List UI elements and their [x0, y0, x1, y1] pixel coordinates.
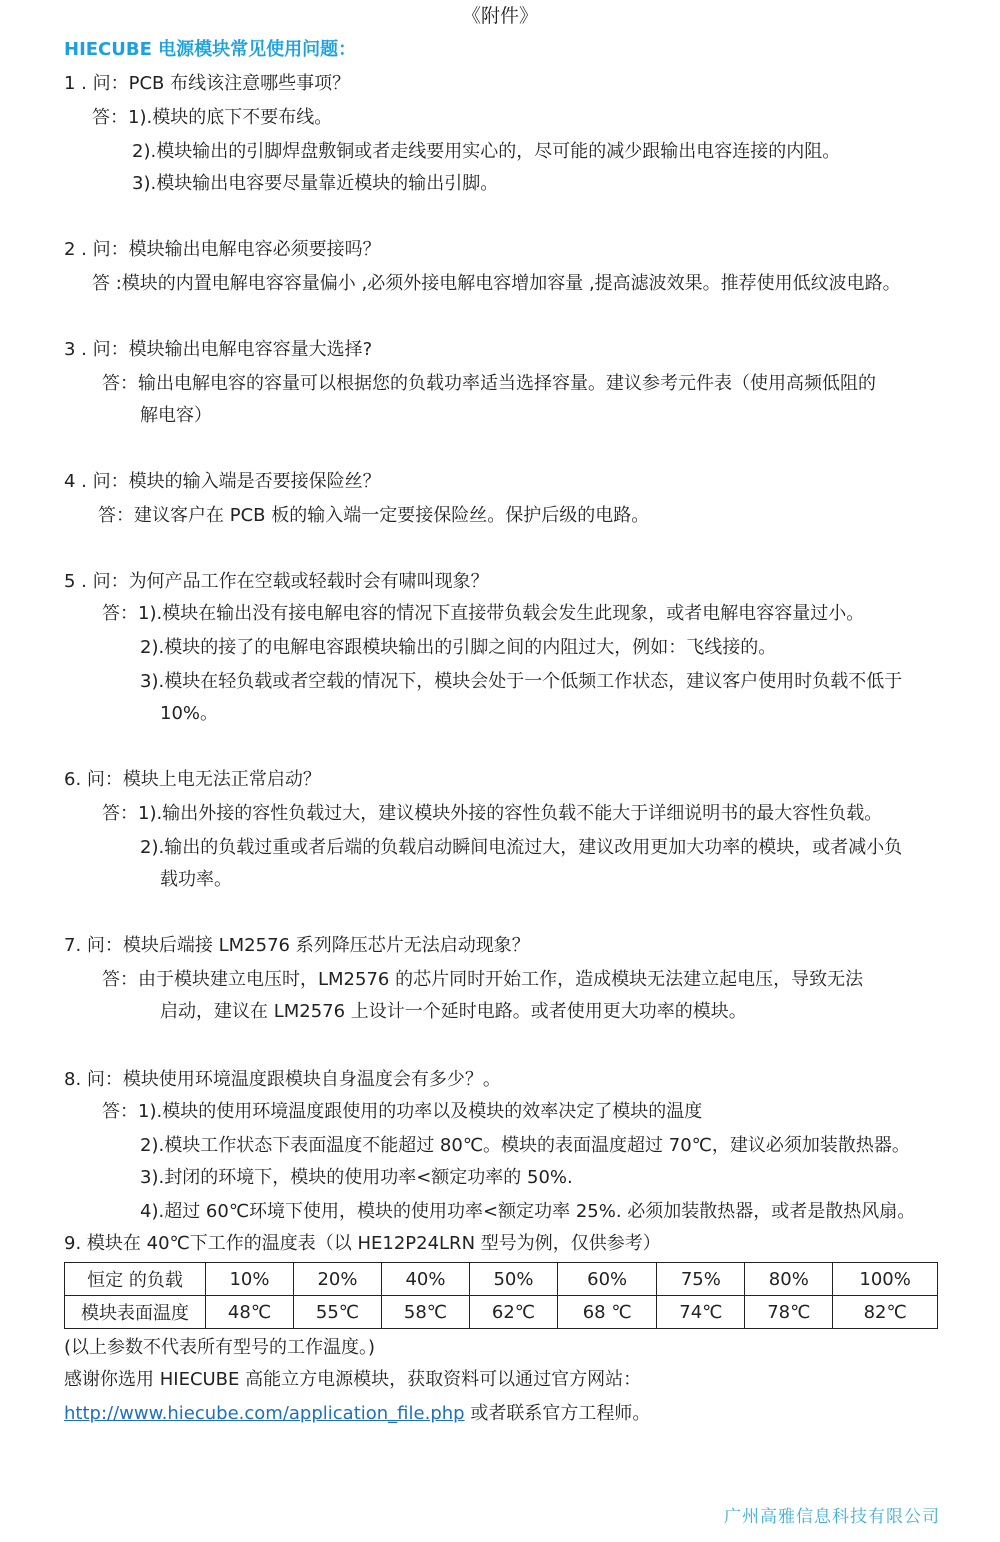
table-cell: 78℃	[745, 1296, 833, 1329]
table-cell: 40%	[381, 1263, 469, 1296]
faq-question-8: 8. 问：模块使用环境温度跟模块自身温度会有多少？。	[64, 1068, 501, 1092]
table-cell: 20%	[293, 1263, 381, 1296]
table-cell: 62℃	[469, 1296, 557, 1329]
faq-answer-6-line-1: 答：1).输出外接的容性负载过大，建议模块外接的容性负载不能大于详细说明书的最大…	[102, 802, 882, 826]
website-link[interactable]: http://www.hiecube.com/application_file.…	[64, 1403, 465, 1424]
faq-answer-6-line-3: 载功率。	[160, 868, 232, 892]
company-name: 广州高雅信息科技有限公司	[724, 1505, 940, 1529]
table-note: (以上参数不代表所有型号的工作温度。)	[64, 1336, 375, 1360]
faq-answer-5-line-1: 答：1).模块在输出没有接电解电容的情况下直接带负载会发生此现象，或者电解电容容…	[102, 602, 864, 626]
table-cell: 80%	[745, 1263, 833, 1296]
table-row-header: 模块表面温度	[65, 1296, 206, 1329]
faq-question-1: 1 . 问：PCB 布线该注意哪些事项？	[64, 72, 350, 96]
table-cell: 68 ℃	[557, 1296, 656, 1329]
faq-answer-5-line-2: 2).模块的接了的电解电容跟模块输出的引脚之间的内阻过大，例如：飞线接的。	[140, 636, 776, 660]
faq-answer-3-line-1: 答：输出电解电容的容量可以根据您的负载功率适当选择容量。建议参考元件表（使用高频…	[102, 372, 876, 396]
faq-question-4: 4 . 问：模块的输入端是否要接保险丝？	[64, 470, 381, 494]
faq-answer-8-line-4: 4).超过 60℃环境下使用，模块的使用功率<额定功率 25%. 必须加装散热器…	[140, 1200, 915, 1224]
table-cell: 75%	[657, 1263, 745, 1296]
table-row-header: 恒定 的负载	[65, 1263, 206, 1296]
faq-answer-8-line-2: 2).模块工作状态下表面温度不能超过 80℃。模块的表面温度超过 70℃，建议必…	[140, 1134, 910, 1158]
faq-answer-3-line-2: 解电容）	[140, 404, 212, 428]
faq-answer-7-line-2: 启动，建议在 LM2576 上设计一个延时电路。或者使用更大功率的模块。	[160, 1000, 747, 1024]
document-title: 《附件》	[0, 4, 1000, 28]
faq-answer-7-line-1: 答：由于模块建立电压时，LM2576 的芯片同时开始工作，造成模块无法建立起电压…	[102, 968, 863, 992]
faq-answer-1-line-3: 3).模块输出电容要尽量靠近模块的输出引脚。	[132, 172, 498, 196]
table-cell: 82℃	[833, 1296, 938, 1329]
faq-question-3: 3 . 问：模块输出电解电容容量大选择?	[64, 338, 372, 362]
faq-answer-5-line-4: 10%。	[160, 702, 218, 726]
table-cell: 10%	[206, 1263, 294, 1296]
temperature-table: 恒定 的负载 10% 20% 40% 50% 60% 75% 80% 100% …	[64, 1262, 938, 1329]
faq-question-2: 2 . 问：模块输出电解电容必须要接吗？	[64, 238, 381, 262]
table-cell: 100%	[833, 1263, 938, 1296]
faq-answer-1-line-2: 2).模块输出的引脚焊盘敷铜或者走线要用实心的，尽可能的减少跟输出电容连接的内阻…	[132, 140, 840, 164]
table-cell: 74℃	[657, 1296, 745, 1329]
faq-answer-2-line-1: 答 :模块的内置电解电容容量偏小 ,必须外接电解电容增加容量 ,提高滤波效果。推…	[92, 272, 901, 296]
section-heading: HIECUBE 电源模块常见使用问题：	[64, 38, 356, 62]
table-row-load: 恒定 的负载 10% 20% 40% 50% 60% 75% 80% 100%	[65, 1263, 938, 1296]
table-row-temperature: 模块表面温度 48℃ 55℃ 58℃ 62℃ 68 ℃ 74℃ 78℃ 82℃	[65, 1296, 938, 1329]
faq-answer-6-line-2: 2).输出的负载过重或者后端的负载启动瞬间电流过大，建议改用更加大功率的模块，或…	[140, 836, 902, 860]
faq-answer-8-line-3: 3).封闭的环境下，模块的使用功率<额定功率的 50%.	[140, 1166, 573, 1190]
contact-suffix: 或者联系官方工程师。	[470, 1403, 650, 1424]
faq-question-7: 7. 问：模块后端接 LM2576 系列降压芯片无法启动现象？	[64, 934, 530, 958]
faq-answer-1-line-1: 答：1).模块的底下不要布线。	[92, 106, 332, 130]
table-cell: 60%	[557, 1263, 656, 1296]
faq-answer-5-line-3: 3).模块在轻负载或者空载的情况下，模块会处于一个低频工作状态，建议客户使用时负…	[140, 670, 902, 694]
faq-question-5: 5 . 问：为何产品工作在空载或轻载时会有啸叫现象？	[64, 570, 489, 594]
table-cell: 55℃	[293, 1296, 381, 1329]
table-caption: 9. 模块在 40℃下工作的温度表（以 HE12P24LRN 型号为例，仅供参考…	[64, 1232, 661, 1256]
contact-line: http://www.hiecube.com/application_file.…	[64, 1402, 650, 1426]
thanks-text: 感谢你选用 HIECUBE 高能立方电源模块，获取资料可以通过官方网站：	[64, 1368, 641, 1392]
faq-answer-8-line-1: 答：1).模块的使用环境温度跟使用的功率以及模块的效率决定了模块的温度	[102, 1100, 702, 1124]
faq-question-6: 6. 问：模块上电无法正常启动？	[64, 768, 321, 792]
table-cell: 58℃	[381, 1296, 469, 1329]
table-cell: 48℃	[206, 1296, 294, 1329]
faq-answer-4-line-1: 答：建议客户在 PCB 板的输入端一定要接保险丝。保护后级的电路。	[98, 504, 649, 528]
table-cell: 50%	[469, 1263, 557, 1296]
